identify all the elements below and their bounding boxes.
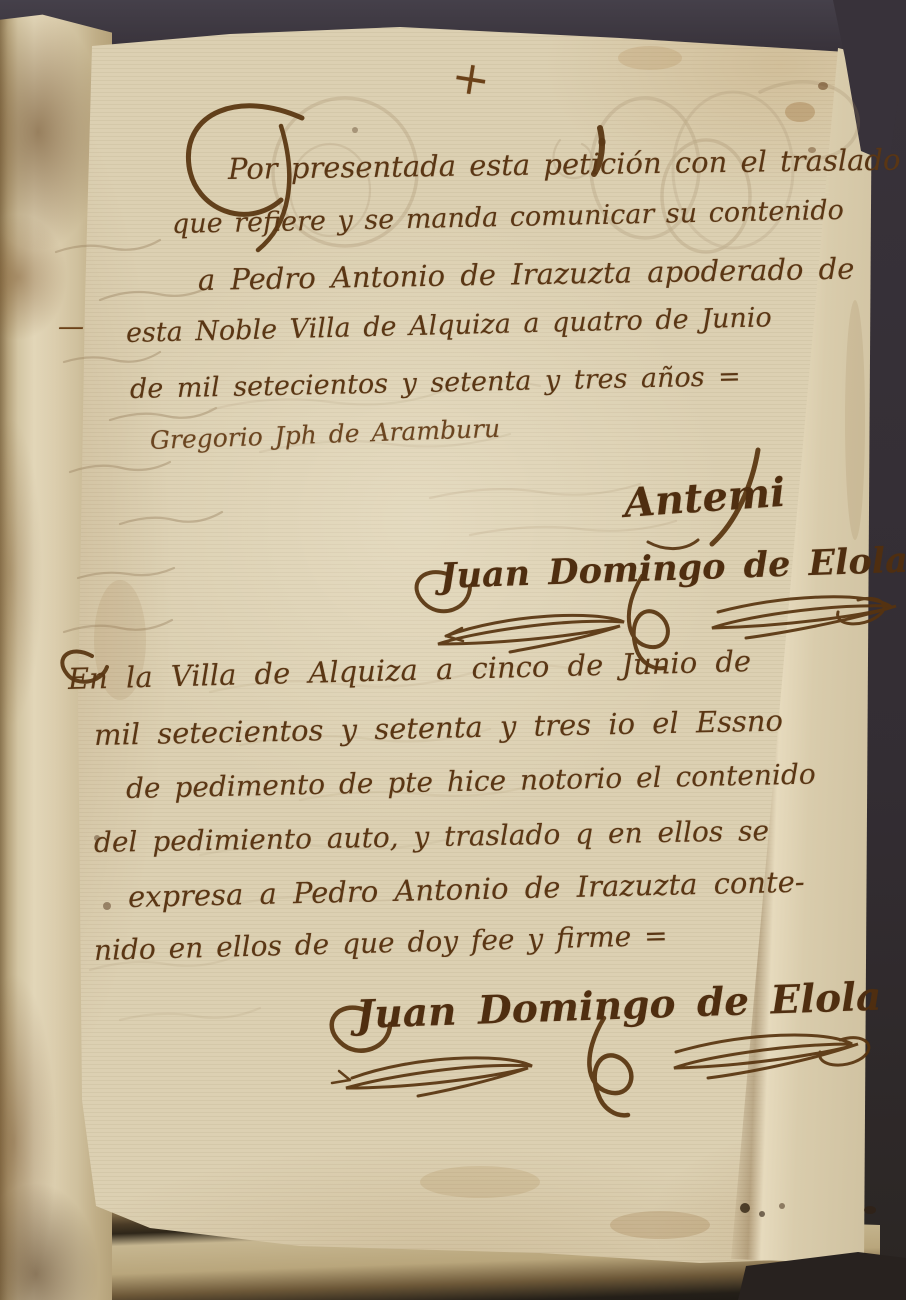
ink-overlay: [0, 0, 906, 1300]
manuscript-photo: + Por presentada esta petición con el tr…: [0, 0, 906, 1300]
margin-dash: —: [58, 312, 84, 342]
